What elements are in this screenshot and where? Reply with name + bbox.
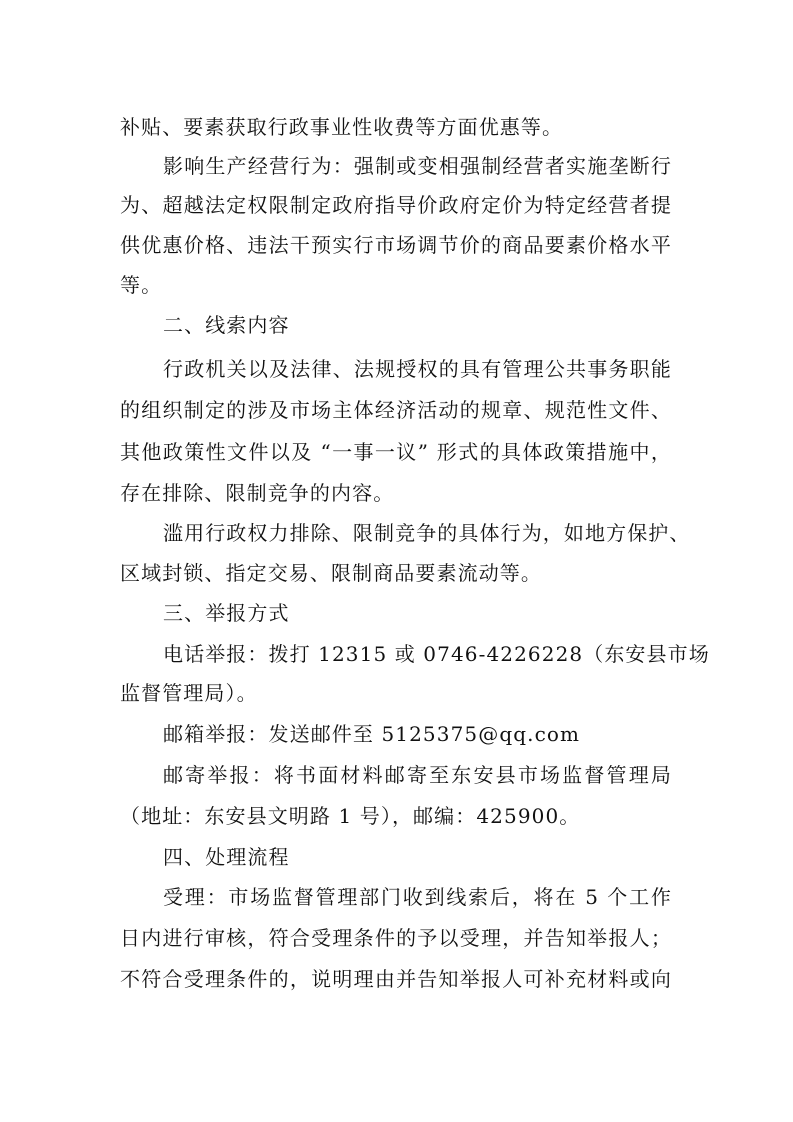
paragraph-line: 补贴、要素获取行政事业性收费等方面优惠等。	[120, 107, 680, 147]
paragraph-line: 的组织制定的涉及市场主体经济活动的规章、规范性文件、	[120, 390, 672, 430]
paragraph-line: 监督管理局）。	[120, 673, 680, 713]
email-report-line: 邮箱举报：发送邮件至 5125375@qq.com	[163, 714, 723, 754]
section-heading-process: 四、处理流程	[163, 837, 723, 877]
paragraph-line: 区域封锁、指定交易、限制商品要素流动等。	[120, 553, 680, 593]
paragraph-line: 为、超越法定权限制定政府指导价政府定价为特定经营者提	[120, 185, 672, 225]
paragraph-line: 滥用行政权力排除、限制竞争的具体行为，如地方保护、	[163, 513, 672, 553]
section-heading-report-methods: 三、举报方式	[163, 593, 723, 633]
paragraph-line: 受理：市场监督管理部门收到线索后，将在 5 个工作	[163, 877, 672, 917]
address-line: （地址：东安县文明路 1 号），邮编：425900。	[120, 796, 680, 836]
phone-report-line: 电话举报：拨打 12315 或 0746-4226228（东安县市场	[163, 634, 672, 674]
paragraph-line: 供优惠价格、违法干预实行市场调节价的商品要素价格水平	[120, 225, 672, 265]
section-heading-clue-content: 二、线索内容	[163, 305, 723, 345]
mail-report-line: 邮寄举报：将书面材料邮寄至东安县市场监督管理局	[163, 755, 672, 795]
paragraph-line: 存在排除、限制竞争的内容。	[120, 473, 680, 513]
paragraph-line: 日内进行审核，符合受理条件的予以受理，并告知举报人；	[120, 918, 672, 958]
paragraph-line: 影响生产经营行为：强制或变相强制经营者实施垄断行	[163, 146, 672, 186]
paragraph-line: 行政机关以及法律、法规授权的具有管理公共事务职能	[163, 349, 672, 389]
paragraph-line: 等。	[120, 265, 680, 305]
paragraph-line: 不符合受理条件的，说明理由并告知举报人可补充材料或向	[120, 959, 672, 999]
paragraph-line: 其他政策性文件以及 “一事一议” 形式的具体政策措施中，	[120, 432, 672, 472]
document-page: 补贴、要素获取行政事业性收费等方面优惠等。 影响生产经营行为：强制或变相强制经营…	[0, 0, 793, 1122]
